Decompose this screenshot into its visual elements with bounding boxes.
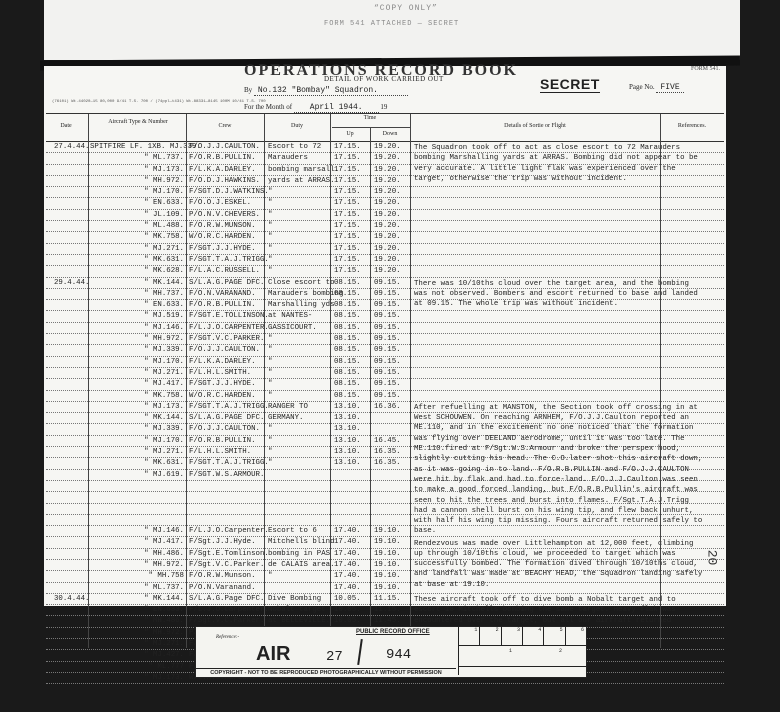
detail-title: DETAIL OF WORK CARRIED OUT <box>324 75 444 83</box>
duty-cell: " <box>268 391 272 401</box>
time-up-cell: 17.40. <box>334 571 361 581</box>
aircraft-cell: " MK.631. <box>90 458 184 468</box>
table-row: " MJ.170.F/SGT.D.J.WATKINS."17.15.19.20. <box>46 187 724 198</box>
time-down-cell: 09.15. <box>374 278 401 288</box>
time-up-cell: 08.15. <box>334 345 361 355</box>
duty-cell: RANGER TO <box>268 402 308 412</box>
crew-cell: F/O.J.J.CAULTON. <box>189 142 260 152</box>
crew-cell: F/L.K.A.DARLEY. <box>189 357 256 367</box>
crew-cell: W/O.R.C.HARDEN. <box>189 232 256 242</box>
stamp-line-2: FORM 541 ATTACHED — SECRET <box>324 20 459 28</box>
table-row: " MK.758.W/O.R.C.HARDEN."08.15.09.15. <box>46 391 724 402</box>
time-down-cell: 09.15. <box>374 391 401 401</box>
time-up-cell: 08.15. <box>334 379 361 389</box>
time-down-cell: 19.20. <box>374 165 401 175</box>
aircraft-cell: " EN.633. <box>90 300 184 310</box>
table-row: " EN.633.F/O.O.J.ESKEL."17.15.19.20. <box>46 198 724 209</box>
page-label: Page No. <box>629 83 655 91</box>
table-row: " MJ.339.F/O.J.J.CAULTON."08.15.09.15. <box>46 345 724 356</box>
duty-cell: " <box>268 255 272 265</box>
aircraft-cell: " ML.488. <box>90 221 184 231</box>
crew-cell: F/L.K.A.DARLEY. <box>189 165 256 175</box>
table-row: " MJ.417.F/SGT.J.J.HYDE."08.15.09.15. <box>46 379 724 390</box>
form-number: FORM 541. <box>691 66 720 72</box>
aircraft-cell: " MK.144. <box>90 594 184 604</box>
time-down-cell: 11.45. <box>374 616 401 626</box>
aircraft-cell: " MJ.170. <box>90 436 184 446</box>
date-cell: 30.4.44. <box>54 594 89 604</box>
aircraft-cell: " ML.737. <box>90 153 184 163</box>
time-down-cell: 09.15. <box>374 357 401 367</box>
crew-cell: F/SGT.V.C.PARKER. <box>189 334 264 344</box>
time-down-cell: 16.35. <box>374 458 401 468</box>
time-up-cell: 17.15. <box>334 221 361 231</box>
crew-cell: S/L.A.G.PAGE DFC. <box>189 413 264 423</box>
aircraft-cell: " MJ.339. <box>90 424 184 434</box>
time-down-cell: 19.20. <box>374 221 401 231</box>
ruler-inch-scale: 12 <box>459 646 587 667</box>
time-down-cell: 11.15. <box>374 605 401 615</box>
crew-cell: F/SGT.W.S.ARMOUR. <box>189 470 264 480</box>
table-row: " MK.628.F/L.A.C.RUSSELL."17.15.19.20. <box>46 266 724 277</box>
duty-cell: " <box>268 458 272 468</box>
time-up-cell: 08.15. <box>334 357 361 367</box>
aircraft-cell: " MJ.271. <box>90 447 184 457</box>
crew-cell: F/O.R.B.PULLIN. <box>189 436 256 446</box>
crew-cell: S/L.A.G.Page DFC. <box>189 594 264 604</box>
col-up: Up <box>330 131 370 137</box>
crew-cell: F/Sgt.E.Tomlinson. <box>189 549 269 559</box>
crew-cell: F/L.J.O.CARPENTER. <box>189 323 269 333</box>
aircraft-cell: " MH.972. <box>90 176 184 186</box>
time-up-cell: 17.40. <box>334 537 361 547</box>
table-row: " ML.488.F/O.R.W.MUNSON."17.15.19.20. <box>46 221 724 232</box>
col-duty: Duty <box>264 123 330 129</box>
duty-cell: GASSICOURT. <box>268 323 317 333</box>
crew-cell: F/O.R.W.MUNSON. <box>189 221 256 231</box>
crew-cell: F/L.H.L.SMITH. <box>189 368 251 378</box>
page-number: FIVE <box>656 83 683 93</box>
col-date: Date <box>46 123 86 129</box>
time-down-cell: 09.15. <box>374 334 401 344</box>
time-down-cell: 19.20. <box>374 153 401 163</box>
time-up-cell: 17.15. <box>334 266 361 276</box>
duty-cell: at BELLEVILLE. <box>268 616 330 626</box>
time-down-cell: 11.15. <box>374 594 401 604</box>
duty-cell: " <box>268 447 272 457</box>
scale-ruler: 123456 12 <box>458 627 587 675</box>
duty-cell: de CALAIS area. <box>268 560 335 570</box>
ruler-cm-tick: 4 <box>523 627 544 645</box>
time-up-cell: 17.15. <box>334 142 361 152</box>
time-up-cell: 17.40. <box>334 560 361 570</box>
duty-cell: bombing in PAS <box>268 549 330 559</box>
class-number: 27 <box>326 649 343 665</box>
archive-reference-label: PUBLIC RECORD OFFICE Reference:- AIR 27 … <box>195 626 587 678</box>
crew-cell: F/O.R.W.Munson. <box>189 571 256 581</box>
time-up-cell: 08.15. <box>334 289 361 299</box>
time-up-cell: 17.40. <box>334 526 361 536</box>
time-up-cell: 17.15. <box>334 255 361 265</box>
aircraft-cell: " MJ.619. <box>90 470 184 480</box>
month-label: For the Month of <box>244 103 292 111</box>
time-down-cell: 09.15. <box>374 368 401 378</box>
table-row: " MK.631.F/SGT.T.A.J.TRIGG."17.15.19.20. <box>46 255 724 266</box>
duty-cell: Mitchells blind <box>268 537 335 547</box>
time-up-cell: 08.15. <box>334 300 361 310</box>
time-up-cell: 17.15. <box>334 232 361 242</box>
time-up-cell: 17.15. <box>334 244 361 254</box>
time-up-cell: 08.15. <box>334 323 361 333</box>
crew-cell: F/SGT.D.J.WATKINS. <box>189 187 269 197</box>
time-up-cell: 08.15. <box>334 311 361 321</box>
time-up-cell: 10.05. <box>334 594 361 604</box>
crew-cell: F/Sgt.J.J.Hyde. <box>189 537 256 547</box>
time-down-cell: 16.45. <box>374 436 401 446</box>
time-down-cell: 19.20. <box>374 210 401 220</box>
duty-cell: " <box>268 210 272 220</box>
time-up-cell: 13.10. <box>334 436 361 446</box>
time-up-cell: 13.10. <box>334 402 361 412</box>
aircraft-cell: " MH.972. <box>90 560 184 570</box>
time-up-cell: 17.15. <box>334 176 361 186</box>
duty-cell: yards at ARRAS. <box>268 176 335 186</box>
crew-cell: F/O.N.VARANAND. <box>189 289 256 299</box>
crew-cell: F/L.J.O.Carpenter. <box>189 526 269 536</box>
duty-cell: at NANTES- <box>268 311 312 321</box>
aircraft-cell: " ML.737. <box>90 583 184 593</box>
aircraft-cell: SPITFIRE LF. 1XB. MJ.339. <box>90 142 184 152</box>
aircraft-cell: " MJ.146. <box>90 323 184 333</box>
time-up-cell: 17.40. <box>334 549 361 559</box>
aircraft-cell: " MK.628. <box>90 266 184 276</box>
by-label: By <box>244 86 252 94</box>
aircraft-cell: " ML.777 <box>90 662 184 672</box>
table-row: " MH.972.F/SGT.V.C.PARKER."08.15.09.15. <box>46 334 724 345</box>
duty-cell: Escort to 72 <box>268 142 321 152</box>
duty-cell: " <box>268 424 272 434</box>
time-down-cell: 19.10. <box>374 549 401 559</box>
crew-cell: F/O.R.B.PULLIN. <box>189 153 256 163</box>
time-up-cell: 17.15. <box>334 187 361 197</box>
crew-cell: F/L.H.L.SMITH. <box>189 447 251 457</box>
table-body: 27.4.44.SPITFIRE LF. 1XB. MJ.339.F/O.J.J… <box>46 142 724 684</box>
aircraft-cell: " MJ.427. <box>90 650 184 660</box>
crew-cell: F/O.J.J.CAULTON. <box>189 424 260 434</box>
col-details: Details of Sortie or Flight <box>410 123 660 129</box>
duty-cell: Dive Bombing <box>268 594 321 604</box>
reference-mark: 20 <box>704 550 719 566</box>
squadron-name: No.132 "Bombay" Squadron. <box>254 86 408 96</box>
duty-cell: " <box>268 379 272 389</box>
time-up-cell: 17.15. <box>334 165 361 175</box>
date-cell: 27.4.44. <box>54 142 89 152</box>
overlapping-prior-page: “COPY ONLY” FORM 541 ATTACHED — SECRET <box>44 0 740 60</box>
ruler-cm-tick: 3 <box>502 627 523 645</box>
aircraft-cell: " MH.737. <box>90 289 184 299</box>
copyright-notice: COPYRIGHT - NOT TO BE REPRODUCED PHOTOGR… <box>196 668 456 677</box>
aircraft-cell: " MH.972. <box>90 334 184 344</box>
time-down-cell: 09.15. <box>374 300 401 310</box>
duty-cell: bombing marsall. <box>268 165 339 175</box>
table-row: " MJ.271.F/L.H.L.SMITH."08.15.09.15. <box>46 368 724 379</box>
crew-cell: F/SGT.T.A.J.TRIGG. <box>189 402 269 412</box>
crew-cell: P/O.N.Varanand. <box>189 583 256 593</box>
duty-cell: " <box>268 345 272 355</box>
time-down-cell: 16.36. <box>374 402 401 412</box>
col-crew: Crew <box>186 123 264 129</box>
month-value: April 1944. <box>294 103 379 113</box>
ruler-cm-tick: 6 <box>566 627 587 645</box>
time-up-cell: 13.10. <box>334 447 361 457</box>
time-down-cell: 19.10. <box>374 583 401 593</box>
aircraft-cell: " MJ.271. <box>90 244 184 254</box>
duty-cell: " <box>268 334 272 344</box>
table-header: Date Aircraft Type & Number Crew Duty Ti… <box>46 114 724 142</box>
duty-cell: " <box>268 232 272 242</box>
duty-cell: " <box>268 244 272 254</box>
time-down-cell: 19.10. <box>374 560 401 570</box>
aircraft-cell: " MJ.417. <box>90 537 184 547</box>
time-up-cell: 17.15. <box>334 198 361 208</box>
crew-cell: F/Sgt.V.C.Parker. <box>189 560 264 570</box>
duty-cell: GERMANY. <box>268 413 303 423</box>
table-row: " MJ.271.F/SGT.J.J.HYDE."17.15.19.20. <box>46 244 724 255</box>
time-up-cell: 13.10. <box>334 458 361 468</box>
reference-label: Reference:- <box>216 635 239 640</box>
time-up-cell: 17.15. <box>334 153 361 163</box>
crew-cell: S/L.A.G.PAGE DFC. <box>189 278 264 288</box>
time-down-cell: 19.20. <box>374 232 401 242</box>
table-row: " JL.109.P/O.N.V.CHEVERS."17.15.19.20. <box>46 210 724 221</box>
squadron-line: By No.132 "Bombay" Squadron. <box>244 86 408 95</box>
series-code: AIR <box>256 643 290 666</box>
ruler-cm-tick: 2 <box>480 627 501 645</box>
ruler-inch-tick: 2 <box>559 648 562 654</box>
crew-cell: F/O.D.J.HAWKINS. <box>189 176 260 186</box>
time-up-cell: 13.10. <box>334 424 361 434</box>
table-row: " MK.758.W/O.R.C.HARDEN."17.15.19.20. <box>46 232 724 243</box>
crew-cell: F/O.J.J.CAULTON. <box>189 345 260 355</box>
aircraft-cell: " MJ.417. <box>90 379 184 389</box>
col-down: Down <box>370 131 410 137</box>
aircraft-cell: " MJ.339. <box>90 345 184 355</box>
time-up-cell: 13.10. <box>334 413 361 423</box>
time-up-cell: 08.15. <box>334 368 361 378</box>
duty-cell: " <box>268 187 272 197</box>
time-down-cell: 19.20. <box>374 266 401 276</box>
aircraft-cell: " MJ.170. <box>90 357 184 367</box>
time-down-cell: 16.35. <box>374 447 401 457</box>
col-time: Time <box>330 115 410 121</box>
duty-cell: " <box>268 266 272 276</box>
piece-number: 944 <box>386 647 411 663</box>
time-down-cell: 19.20. <box>374 176 401 186</box>
aircraft-cell: " MH.758 <box>90 571 184 581</box>
aircraft-cell: " MJ.173. <box>90 673 184 683</box>
aircraft-cell: " MJ.271. <box>90 368 184 378</box>
aircraft-cell: " MJ.173. <box>90 165 184 175</box>
aircraft-cell: " MK.758. <box>90 391 184 401</box>
crew-cell: F/L.A.C.RUSSELL. <box>189 266 260 276</box>
crew-cell: P/O.N.V.CHEVERS. <box>189 210 260 220</box>
aircraft-cell: " MK.144. <box>90 278 184 288</box>
crew-cell: W/O.R.C.HARDEN. <box>189 391 256 401</box>
classification-stamp: SECRET <box>540 76 600 93</box>
time-down-cell: 19.20. <box>374 142 401 152</box>
time-up-cell: 10.05. <box>334 605 361 615</box>
year-label: 19 <box>380 103 387 111</box>
crew-cell: F/SGT.T.A.J.TRIGG. <box>189 255 269 265</box>
aircraft-cell: " MK.144. <box>90 413 184 423</box>
aircraft-cell: " MJ.173. <box>90 402 184 412</box>
time-down-cell: 09.15. <box>374 289 401 299</box>
time-up-cell: 08.15. <box>334 334 361 344</box>
duty-cell: " <box>268 221 272 231</box>
time-up-cell: 08.15. <box>334 391 361 401</box>
aircraft-cell: " EN.633. <box>90 198 184 208</box>
aircraft-cell: " EN.633. <box>90 605 184 615</box>
page-number-line: Page No. FIVE <box>629 83 684 92</box>
time-down-cell: 09.15. <box>374 379 401 389</box>
aircraft-cell: " JL.109. <box>90 210 184 220</box>
crew-cell: F/L.J.O.Carpenter. <box>189 605 269 615</box>
time-down-cell: 19.10. <box>374 537 401 547</box>
print-code: (76101) Wt.44020—15 80,000 9/41 T.S. 700… <box>52 100 266 105</box>
duty-cell: Escort to 6 <box>268 526 317 536</box>
crew-cell: F/SGT.T.A.J.TRIGG. <box>189 458 269 468</box>
time-down-cell: 19.20. <box>374 198 401 208</box>
time-down-cell: 19.10. <box>374 571 401 581</box>
ruler-cm-scale: 123456 <box>459 627 587 646</box>
separator-slash <box>357 639 363 665</box>
operations-record-book-page: OPERATIONS RECORD BOOK FORM 541. DETAIL … <box>44 66 726 606</box>
crew-cell: F/SGT.J.J.HYDE. <box>189 379 256 389</box>
time-up-cell: 08.15. <box>334 278 361 288</box>
aircraft-cell: " MK.631. <box>90 255 184 265</box>
time-down-cell: 09.15. <box>374 323 401 333</box>
time-up-cell: 10.05. <box>334 616 361 626</box>
ruler-inch-tick: 1 <box>509 648 512 654</box>
time-up-cell: 17.40. <box>334 583 361 593</box>
duty-cell: Marauders bombing <box>268 289 343 299</box>
col-references: References. <box>660 123 724 129</box>
stamp-line-1: “COPY ONLY” <box>374 4 438 13</box>
month-line: For the Month of April 1944. 19 <box>244 103 387 112</box>
ruler-cm-tick: 5 <box>544 627 565 645</box>
aircraft-cell: " MH.972. <box>90 628 184 638</box>
time-down-cell: 09.15. <box>374 345 401 355</box>
time-down-cell: 09.15. <box>374 311 401 321</box>
aircraft-cell: " MJ.146. <box>90 526 184 536</box>
sortie-table: Date Aircraft Type & Number Crew Duty Ti… <box>46 113 724 684</box>
aircraft-cell: " MH.486. <box>90 616 184 626</box>
crew-cell: F/Sgt.V.C.Parker. <box>189 616 264 626</box>
table-row: " MJ.519.F/SGT.E.TOLLINSON.at NANTES-08.… <box>46 311 724 322</box>
duty-cell: Marauders <box>268 153 308 163</box>
crew-cell: F/SGT.J.J.HYDE. <box>189 244 256 254</box>
date-cell: 29.4.44. <box>54 278 89 288</box>
crew-cell: F/O.O.J.ESKEL. <box>189 198 251 208</box>
duty-cell: Close escort to <box>268 278 335 288</box>
col-aircraft: Aircraft Type & Number <box>90 119 186 125</box>
record-office-title: PUBLIC RECORD OFFICE <box>356 629 430 635</box>
time-up-cell: 17.15. <box>334 210 361 220</box>
time-down-cell: 19.20. <box>374 187 401 197</box>
time-down-cell: 19.10. <box>374 526 401 536</box>
duty-cell: " <box>268 357 272 367</box>
duty-cell: Nobalt target <box>268 605 326 615</box>
duty-cell: " <box>268 368 272 378</box>
crew-cell: F/O.R.B.PULLIN. <box>189 300 256 310</box>
duty-cell: Marshalling yds <box>268 300 335 310</box>
table-row: " MJ.170.F/L.K.A.DARLEY."08.15.09.15. <box>46 357 724 368</box>
ruler-cm-tick: 1 <box>459 627 480 645</box>
aircraft-cell: " MK.758. <box>90 232 184 242</box>
time-down-cell: 19.20. <box>374 244 401 254</box>
aircraft-cell: " MJ.170. <box>90 187 184 197</box>
crew-cell: F/SGT.E.TOLLINSON. <box>189 311 269 321</box>
duty-cell: " <box>268 198 272 208</box>
duty-cell: " <box>268 571 272 581</box>
aircraft-cell: " MJ.271. <box>90 639 184 649</box>
duty-cell: " <box>268 436 272 446</box>
aircraft-cell: " MJ.519. <box>90 311 184 321</box>
table-row: " MJ.146.F/L.J.O.CARPENTER.GASSICOURT.08… <box>46 323 724 334</box>
aircraft-cell: " MH.486. <box>90 549 184 559</box>
time-down-cell: 19.20. <box>374 255 401 265</box>
